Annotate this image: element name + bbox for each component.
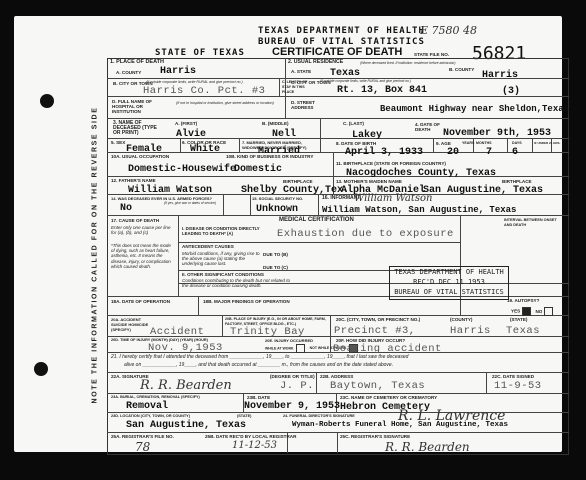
injury-state-label: (STATE) bbox=[510, 317, 527, 322]
physician-signature: R. R. Bearden bbox=[140, 378, 232, 393]
residence-label: 2. USUAL RESIDENCE bbox=[288, 60, 343, 65]
burial-type-label: 23a. BURIAL, CREMATION, REMOVAL (Specify… bbox=[111, 395, 200, 400]
dept-title: TEXAS DEPARTMENT OF HEALTH bbox=[258, 26, 425, 36]
received-stamp: TEXAS DEPARTMENT OF HEALTH REC'D DEC 11 … bbox=[389, 266, 509, 300]
armed-forces-hint: (If yes, give war or dates of service) bbox=[164, 201, 216, 206]
cause-hint: Enter only one cause per line for (a), (… bbox=[111, 225, 173, 235]
degree-label: (Degree or title) bbox=[270, 374, 315, 379]
autopsy-yes-checkbox[interactable] bbox=[522, 307, 531, 316]
age-label: 9. AGE bbox=[436, 141, 451, 146]
injury-county-label: (COUNTY) bbox=[450, 317, 472, 322]
registrar-file-no: 78 bbox=[135, 440, 150, 454]
disease: Exhaustion due to exposure bbox=[277, 228, 454, 240]
injury-city-label: 20c. (CITY, TOWN, OR PRECINCT NO.) bbox=[336, 317, 420, 322]
middle-name-label: b. (Middle) bbox=[262, 121, 289, 126]
res-state-label: a. STATE bbox=[291, 69, 311, 74]
registrar-date-label: 25b. DATE REC'D BY LOCAL REGISTRAR bbox=[205, 434, 296, 439]
punch-hole-bottom bbox=[34, 362, 48, 376]
last-name-label: c. (Last) bbox=[343, 121, 364, 126]
race: White bbox=[190, 144, 220, 155]
sex-label: 5. SEX bbox=[111, 140, 125, 145]
operation-date-label: 18a. DATE OF OPERATION bbox=[111, 299, 170, 304]
interval-label: INTERVAL BETWEEN ONSET AND DEATH bbox=[504, 218, 562, 228]
antecedent-label: ANTECEDENT CAUSES bbox=[182, 244, 234, 249]
location-label: 23d. LOCATION (City, town, or county) bbox=[111, 414, 190, 419]
father-name: William Watson bbox=[128, 185, 212, 196]
date-of-birth: April 3, 1933 bbox=[345, 147, 423, 158]
state-file-label: STATE FILE NO. bbox=[414, 52, 449, 57]
antecedent-hint: Morbid conditions, if any, giving rise t… bbox=[182, 251, 262, 267]
dod-label: 4. DATE OF DEATH bbox=[415, 122, 441, 132]
last-name: Lakey bbox=[352, 130, 382, 141]
address-label: 22b. ADDRESS bbox=[320, 374, 353, 379]
residence-hint: (Where deceased lived. If institution: r… bbox=[360, 61, 455, 66]
mother-birthplace: San Augustine, Texas bbox=[423, 185, 543, 196]
first-name-label: a. (First) bbox=[175, 121, 197, 126]
degree: J. P. bbox=[280, 380, 314, 392]
burial-date-label: 23b. DATE bbox=[247, 395, 270, 400]
age-years-label: YEARS bbox=[462, 141, 474, 146]
death-county: Harris bbox=[160, 66, 196, 77]
injury-county: Harris bbox=[450, 325, 491, 337]
armed-forces: No bbox=[120, 203, 132, 214]
medical-certification-title: MEDICAL CERTIFICATION bbox=[279, 218, 354, 223]
autopsy-label: 19. AUTOPSY? bbox=[507, 298, 539, 303]
cause-of-death-label: 17. CAUSE OF DEATH bbox=[111, 218, 159, 223]
age-months-label: MONTHS bbox=[476, 141, 492, 146]
while-at-work-checkbox[interactable] bbox=[296, 344, 305, 353]
autopsy-options: YES NO bbox=[511, 307, 553, 316]
cause-note: *This does not mean the mode of dying, s… bbox=[111, 243, 175, 269]
injury-occurred-label: 20e. INJURY OCCURRED bbox=[265, 338, 313, 343]
state-title: STATE OF TEXAS bbox=[155, 48, 245, 58]
funeral-director-signature: R. L. Lawrence bbox=[398, 408, 505, 424]
res-city: Rt. 13, Box 841 bbox=[337, 85, 427, 96]
first-name: Alvie bbox=[176, 129, 206, 140]
death-city: Harris Co. Pct. #3 bbox=[143, 85, 265, 97]
other-conditions-label: II. OTHER SIGNIFICANT CONDITIONS bbox=[182, 272, 264, 277]
res-county: Harris bbox=[482, 70, 518, 81]
injury-time: Nov. 9,1953 bbox=[148, 342, 223, 354]
date-signed-label: 22c. DATE SIGNED bbox=[492, 374, 534, 379]
hospital-label: d. FULL NAME OF HOSPITAL OR INSTITUTION bbox=[112, 99, 172, 114]
burial-type: Removal bbox=[126, 401, 168, 412]
other-conditions-hint: Conditions contributing to the death but… bbox=[182, 278, 292, 288]
age-months: 7 bbox=[486, 147, 492, 158]
certificate-title: CERTIFICATE OF DEATH bbox=[272, 46, 402, 58]
side-note: NOTE THE INFORMATION CALLED FOR ON THE R… bbox=[88, 125, 102, 385]
res-street: Beaumont Highway near Sheldon,Texas bbox=[380, 104, 569, 114]
informant: William Watson, San Augustine, Texas bbox=[322, 205, 516, 215]
date-of-death: November 9th, 1953 bbox=[443, 128, 551, 139]
registrar-date: 11-12-53 bbox=[232, 440, 277, 451]
ssn: Unknown bbox=[256, 204, 298, 215]
mother-label: 13. MOTHER'S MAIDEN NAME bbox=[336, 179, 402, 184]
location-state-label: (State) bbox=[237, 414, 251, 419]
informant-signature: William Watson bbox=[354, 193, 433, 204]
place-of-death-label: 1. PLACE OF DEATH bbox=[110, 60, 164, 65]
age-years: 20 bbox=[447, 147, 459, 158]
operation-findings-label: 18b. MAJOR FINDINGS OF OPERATION bbox=[203, 299, 290, 304]
stamp-line-3: BUREAU OF VITAL STATISTICS bbox=[390, 287, 508, 297]
death-county-label: a. COUNTY bbox=[116, 70, 141, 75]
birthplace-label: 11. BIRTHPLACE (State or foreign country… bbox=[336, 161, 446, 166]
stamp-line-1: TEXAS DEPARTMENT OF HEALTH bbox=[390, 267, 508, 277]
due-to-c-label: DUE TO (c) bbox=[263, 265, 288, 270]
due-to-b-label: DUE TO (b) bbox=[263, 252, 288, 257]
accident-type: Accident bbox=[150, 326, 204, 338]
res-street-label: d. STREET ADDRESS bbox=[291, 100, 325, 110]
middle-name: Nell bbox=[272, 129, 296, 140]
age-days: 6 bbox=[512, 147, 518, 158]
occupation-label: 10a. USUAL OCCUPATION bbox=[111, 154, 169, 159]
hospital-hint: (If not in hospital or institution, give… bbox=[176, 101, 274, 106]
handwritten-note: E 7580 48 bbox=[420, 24, 477, 37]
accident-type-label: 20a. ACCIDENT SUICIDE HOMICIDE (Specify) bbox=[111, 317, 153, 332]
burial-location: San Augustine, Texas bbox=[126, 420, 246, 431]
res-state: Texas bbox=[330, 68, 360, 79]
occupation: Domestic-Housewife bbox=[128, 164, 236, 175]
father-label: 12. FATHER'S NAME bbox=[111, 178, 156, 183]
business: Domestic bbox=[234, 164, 282, 175]
autopsy-no-checkbox[interactable] bbox=[544, 307, 553, 316]
res-precinct: (3) bbox=[502, 86, 520, 97]
birthplace: Nacogdoches County, Texas bbox=[346, 168, 496, 179]
certify-line-2: alive on ____________, 19____, and that … bbox=[124, 363, 393, 368]
under-24-label: If under 24 hrs. bbox=[534, 141, 564, 146]
injury-city: Precinct #3, bbox=[334, 325, 416, 337]
while-at-work-label: WHILE AT WORK bbox=[265, 346, 294, 350]
cemetery-label: 23c. NAME OF CEMETERY OR CREMATORY bbox=[340, 395, 437, 400]
side-note-text: NOTE THE INFORMATION CALLED FOR ON THE R… bbox=[92, 107, 99, 404]
certify-line-1: 21. I hereby certify that I attended the… bbox=[111, 355, 408, 360]
stamp-line-2: REC'D DEC 11 1953 bbox=[390, 277, 508, 287]
deceased-name-label: 3. NAME OF DECEASED (Type or Print) bbox=[113, 121, 161, 136]
registrar-signature: R. R. Bearden bbox=[385, 440, 470, 454]
autopsy-yes-label: YES bbox=[511, 309, 520, 314]
dob-label: 8. DATE OF BIRTH bbox=[336, 141, 376, 146]
res-city-hint: (If outside corporate limits, write RURA… bbox=[320, 79, 411, 84]
burial-date: November 9, 1953 bbox=[244, 401, 340, 412]
ssn-label: 15. SOCIAL SECURITY NO. bbox=[252, 196, 303, 201]
funeral-director-label: 24. FUNERAL DIRECTOR'S SIGNATURE bbox=[283, 414, 355, 419]
address: Baytown, Texas bbox=[330, 380, 425, 392]
mother-birthplace-label: BIRTHPLACE bbox=[502, 179, 532, 184]
registrar-file-label: 25a. REGISTRAR'S FILE NO. bbox=[111, 434, 174, 439]
business-label: 10b. KIND OF BUSINESS OR INDUSTRY bbox=[226, 154, 313, 159]
registrar-signature-label: 25c. REGISTRAR'S SIGNATURE bbox=[340, 434, 410, 439]
punch-hole-top bbox=[40, 94, 54, 108]
injury-state: Texas bbox=[506, 325, 540, 337]
injury-place: Trinity Bay bbox=[230, 326, 305, 338]
autopsy-no-label: NO bbox=[535, 309, 542, 314]
date-signed: 11-9-53 bbox=[494, 380, 542, 392]
res-county-label: b. COUNTY bbox=[449, 67, 474, 72]
age-days-label: DAYS bbox=[512, 141, 522, 146]
disease-label: I. DISEASE OR CONDITION DIRECTLY LEADING… bbox=[182, 226, 272, 236]
father-birthplace-label: BIRTHPLACE bbox=[283, 179, 313, 184]
